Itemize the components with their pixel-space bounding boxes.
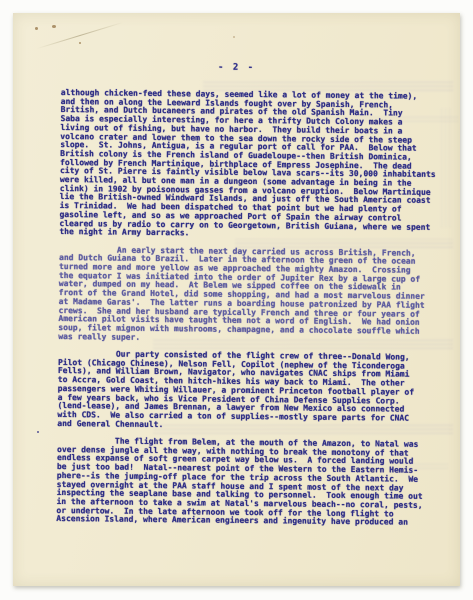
scanned-document: - 2 - although chicken-feed these days, …: [0, 0, 473, 600]
typed-content: - 2 - although chicken-feed these days, …: [8, 12, 461, 590]
paragraph-belem-natal: The flight from Belem, at the mouth of t…: [56, 437, 449, 528]
paragraph-guiana-brazil: An early start the next day carried us a…: [58, 246, 451, 346]
paragraph-party: Our party consisted of the flight crew o…: [57, 350, 450, 432]
paper-sheet: - 2 - although chicken-feed these days, …: [13, 13, 460, 586]
paragraph-islands: although chicken-feed these days, seemed…: [59, 89, 453, 241]
letter-body: although chicken-feed these days, seemed…: [56, 89, 453, 528]
page-number: - 2 -: [13, 60, 460, 75]
